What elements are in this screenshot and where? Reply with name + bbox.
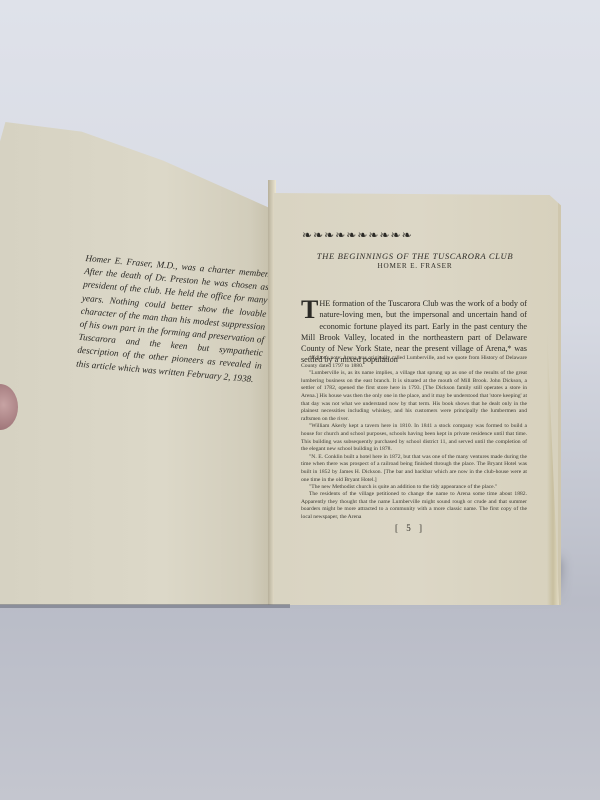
book-cover-edge: [0, 604, 290, 608]
footnotes: *Editor's note: Arena was originally cal…: [301, 355, 527, 492]
ornament-glyph: ❧: [402, 228, 412, 242]
footnote-quote: "Lumberville is, as its name implies, a …: [301, 370, 527, 423]
footnote-editor-note: *Editor's note: Arena was originally cal…: [301, 355, 527, 370]
left-page-intro-text: Homer E. Fraser, M.D., was a charter mem…: [76, 252, 271, 386]
ornament-glyph: ❧: [357, 228, 367, 242]
ornament-glyph: ❧: [379, 228, 389, 242]
ornament-glyph: ❧: [302, 228, 312, 242]
footnote-quote: "N. E. Conklin built a hotel here in 187…: [301, 454, 527, 484]
ornament-border-icon: ❧❧❧❧❧❧❧❧❧❧: [302, 228, 512, 242]
chapter-author: HOMER E. FRASER: [300, 262, 530, 270]
ornament-glyph: ❧: [391, 228, 401, 242]
ornament-glyph: ❧: [324, 228, 334, 242]
continued-paragraph: The residents of the village petitioned …: [301, 491, 527, 521]
ornament-glyph: ❧: [346, 228, 356, 242]
page-number: [ 5 ]: [380, 523, 440, 533]
ornament-glyph: ❧: [313, 228, 323, 242]
chapter-title: THE BEGINNINGS OF THE TUSCARORA CLUB: [300, 251, 530, 261]
photo-scene: Homer E. Fraser, M.D., was a charter mem…: [0, 0, 600, 800]
ornament-glyph: ❧: [368, 228, 378, 242]
ornament-glyph: ❧: [335, 228, 345, 242]
footnote-quote: "William Akerly kept a tavern here in 18…: [301, 423, 527, 453]
drop-cap: T: [301, 299, 318, 321]
